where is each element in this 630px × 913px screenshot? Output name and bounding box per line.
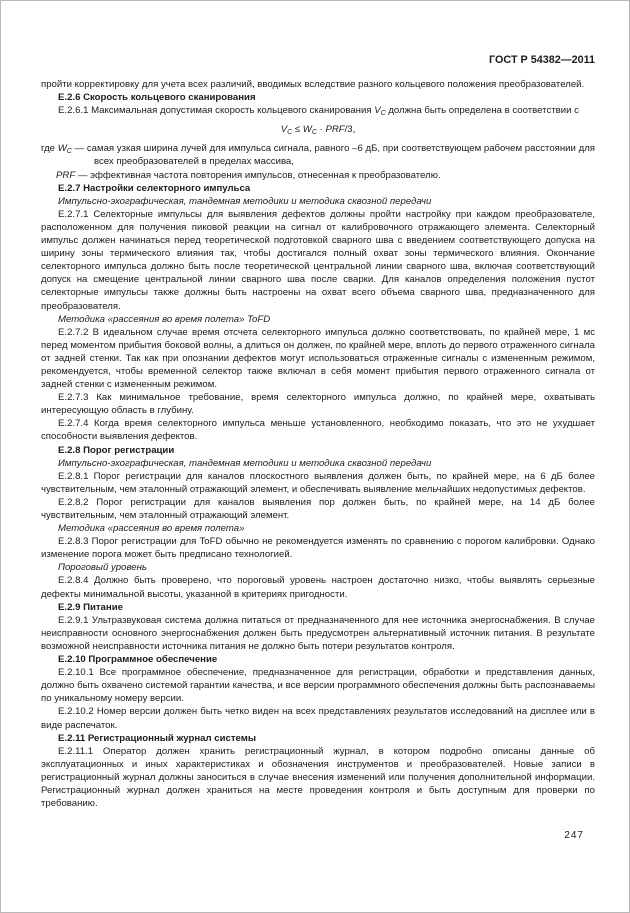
- document-header: ГОСТ Р 54382—2011: [41, 54, 595, 66]
- variable-vc: VC: [374, 105, 385, 116]
- paragraph-e2-8-4: Е.2.8.4 Должно быть проверено, что порог…: [41, 574, 595, 600]
- heading-e2-10: Е.2.10 Программное обеспечение: [41, 653, 595, 666]
- heading-e2-11: Е.2.11 Регистрационный журнал системы: [41, 732, 595, 745]
- paragraph-e2-11-1: Е.2.11.1 Оператор должен хранить регистр…: [41, 745, 595, 810]
- subheading-tofd-1: Методика «рассеяния во время полета» ToF…: [41, 313, 595, 326]
- definition-text: эффективная частота повторения импульсов…: [90, 170, 440, 181]
- paragraph-e2-6-1: Е.2.6.1 Максимальная допустимая скорость…: [41, 104, 595, 117]
- paragraph-e2-8-3: Е.2.8.3 Порог регистрации для ToFD обычн…: [41, 535, 595, 561]
- heading-e2-7: Е.2.7 Настройки селекторного импульса: [41, 182, 595, 195]
- paragraph-e2-8-2: Е.2.8.2 Порог регистрации для каналов вы…: [41, 496, 595, 522]
- formula-operator: ≤: [292, 124, 303, 135]
- formula-scanning-speed: VC ≤ WC · PRF/3,: [41, 123, 595, 136]
- definition-prf: PRF — эффективная частота повторения имп…: [41, 169, 595, 182]
- variable-prf: PRF: [56, 170, 75, 181]
- paragraph-e2-7-3: Е.2.7.3 Как минимальное требование, врем…: [41, 391, 595, 417]
- page-number: 247: [564, 829, 584, 842]
- paragraph-e2-9-1: Е.2.9.1 Ультразвуковая система должна пи…: [41, 614, 595, 653]
- paragraph-e2-7-1: Е.2.7.1 Селекторные импульсы для выявлен…: [41, 208, 595, 313]
- variable-wc: WC: [58, 143, 72, 154]
- subheading-methods-e2-7: Импульсно-эхографическая, тандемная мето…: [41, 195, 595, 208]
- paragraph-text: должна быть определена в соответствии с: [386, 105, 579, 116]
- document-page: ГОСТ Р 54382—2011 пройти корректировку д…: [0, 0, 630, 913]
- heading-e2-8: Е.2.8 Порог регистрации: [41, 444, 595, 457]
- paragraph-e2-10-2: Е.2.10.2 Номер версии должен быть четко …: [41, 705, 595, 731]
- definition-text: самая узкая ширина лучей для импульса си…: [87, 143, 595, 167]
- paragraph-e2-7-2: Е.2.7.2 В идеальном случае время отсчета…: [41, 326, 595, 391]
- paragraph-e2-10-1: Е.2.10.1 Все программное обеспечение, пр…: [41, 666, 595, 705]
- variable-vc: VC: [281, 124, 292, 135]
- heading-e2-6: Е.2.6 Скорость кольцевого сканирования: [41, 91, 595, 104]
- formula-tail: /3,: [345, 124, 356, 135]
- subheading-methods-e2-8: Импульсно-эхографическая, тандемная мето…: [41, 457, 595, 470]
- subheading-threshold-level: Пороговый уровень: [41, 561, 595, 574]
- paragraph-e2-7-4: Е.2.7.4 Когда время селекторного импульс…: [41, 417, 595, 443]
- subheading-tofd-2: Методика «рассеяния во время полета»: [41, 522, 595, 535]
- variable-prf: PRF: [325, 124, 344, 135]
- paragraph-continuation: пройти корректировку для учета всех разл…: [41, 78, 595, 91]
- variable-wc: WC: [303, 124, 317, 135]
- definition-wc: где WC — самая узкая ширина лучей для им…: [41, 142, 595, 168]
- paragraph-text: Е.2.6.1 Максимальная допустимая скорость…: [58, 105, 374, 116]
- heading-e2-9: Е.2.9 Питание: [41, 601, 595, 614]
- document-body: пройти корректировку для учета всех разл…: [41, 78, 595, 810]
- paragraph-e2-8-1: Е.2.8.1 Порог регистрации для каналов пл…: [41, 470, 595, 496]
